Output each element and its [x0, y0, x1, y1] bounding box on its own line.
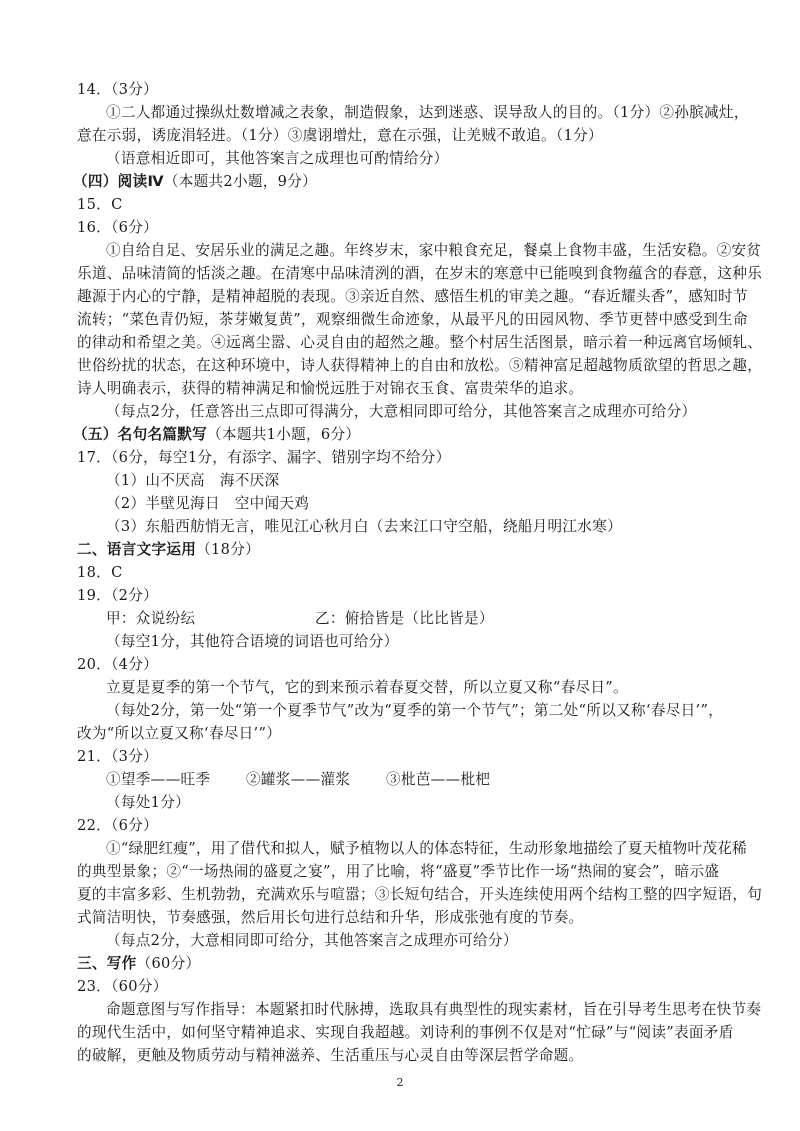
q16-answer-line: 流转；“菜色青仍短，茶芽嫩复黄”，观察细微生命迹象，从最平凡的田园风物、季节更替… [77, 308, 737, 331]
q17-item: （3）东船西舫悄无言，唯见江心秋月白（去来江口守空船，绕船月明江水寒） [77, 515, 737, 538]
q16-answer-line: ①自给自足、安居乐业的满足之趣。年终岁末，家中粮食充足，餐桌上食物丰盛，生活安稳… [77, 239, 737, 262]
q22-answer-line: 的典型景象；②“一场热闹的盛夏之宴”，用了比喻，将“盛夏”季节比作一场“热闹的宴… [77, 860, 737, 883]
section-heading-detail: （本题共2小题，9分） [164, 173, 317, 190]
q18-answer: 18．C [77, 561, 737, 584]
section-heading-bold: （四）阅读Ⅳ [73, 173, 164, 190]
q14-answer-line: 意在示弱，诱庞涓轻进。（1分）③虞诩增灶，意在示强，让羌贼不敢追。（1分） [77, 124, 737, 147]
part-heading-detail: （60分） [137, 955, 201, 972]
q19-scoring-note: （每空1分，其他符合语境的词语也可给分） [77, 630, 737, 653]
part-heading-writing: 三、写作（60分） [77, 952, 737, 975]
q21-answers: ①望季——旺季②罐浆——灌浆③枇芭——枇杷 [77, 768, 737, 791]
q17-header: 17．（6分，每空1分，有添字、漏字、错别字均不给分） [77, 446, 737, 469]
part-heading-bold: 三、写作 [77, 955, 137, 972]
q21-header: 21．（3分） [77, 745, 737, 768]
q14-scoring-note: （语意相近即可，其他答案言之成理也可酌情给分） [77, 147, 737, 170]
part-heading-language-use: 二、语言文字运用（18分） [77, 538, 737, 561]
q23-header: 23．（60分） [77, 975, 737, 998]
q15-answer: 15．C [77, 193, 737, 216]
q16-header: 16．（6分） [77, 216, 737, 239]
q22-scoring-note: （每点2分，大意相同即可给分，其他答案言之成理亦可给分） [77, 929, 737, 952]
q22-header: 22．（6分） [77, 814, 737, 837]
q21-scoring-note: （每处1分） [77, 791, 737, 814]
section-heading-bold: （五）名句名篇默写 [73, 426, 207, 443]
q16-answer-line: 诗人明确表示，获得的精神满足和愉悦远胜于对锦衣玉食、富贵荣华的追求。 [77, 377, 737, 400]
part-heading-bold: 二、语言文字运用 [77, 541, 196, 558]
q22-answer-line: ①“绿肥红瘦”，用了借代和拟人，赋予植物以人的体态特征，生动形象地描绘了夏天植物… [77, 837, 737, 860]
q19-answer-yi: 乙：俯拾皆是（比比皆是） [315, 607, 494, 630]
q20-header: 20．（4分） [77, 653, 737, 676]
section-heading-recitation: （五）名句名篇默写（本题共1小题，6分） [73, 423, 737, 446]
q16-answer-line: 乐道、品味清简的恬淡之趣。在清寒中品味清洌的酒，在岁末的寒意中已能嗅到食物蕴含的… [77, 262, 737, 285]
page-number: 2 [0, 1075, 800, 1091]
q20-scoring-note-cont: 改为“所以立夏又称‘春尽日’”） [77, 722, 737, 745]
q22-answer-line: 夏的丰富多彩、生机勃勃，充满欢乐与喧嚣；③长短句结合，开头连续使用两个结构工整的… [77, 883, 737, 906]
q23-guidance-line: 命题意图与写作指导：本题紧扣时代脉搏，选取具有典型性的现实素材，旨在引导考生思考… [77, 998, 737, 1021]
q16-answer-line: 趣源于内心的宁静，是精神超脱的表现。③亲近自然、感悟生机的审美之趣。“春近耀头香… [77, 285, 737, 308]
q19-header: 19．（2分） [77, 584, 737, 607]
q19-answers: 甲：众说纷纭乙：俯拾皆是（比比皆是） [77, 607, 737, 630]
q19-answer-jia: 甲：众说纷纭 [106, 607, 315, 630]
q16-answer-line: 世俗纷扰的状态，在这种环境中，诗人获得精神上的自由和放松。⑤精神富足超越物质欲望… [77, 354, 737, 377]
q17-item: （2）半壁见海日 空中闻天鸡 [77, 492, 737, 515]
q17-item: （1）山不厌高 海不厌深 [77, 469, 737, 492]
q14-answer-line: ①二人都通过操纵灶数增减之表象，制造假象，达到迷惑、误导敌人的目的。（1分）②孙… [77, 101, 737, 124]
q23-guidance-line: 的破解，更触及物质劳动与精神滋养、生活重压与心灵自由等深层哲学命题。 [77, 1044, 737, 1067]
q14-header: 14．（3分） [77, 78, 737, 101]
q21-item: ②罐浆——灌浆 [246, 768, 386, 791]
part-heading-detail: （18分） [196, 541, 260, 558]
q20-scoring-note: （每处2分，第一处“第一个夏季节气”改为“夏季的第一个节气”；第二处“所以又称‘… [77, 699, 737, 722]
q21-item: ③枇芭——枇杷 [386, 768, 490, 791]
q21-item: ①望季——旺季 [106, 768, 246, 791]
answer-key-content: 14．（3分） ①二人都通过操纵灶数增减之表象，制造假象，达到迷惑、误导敌人的目… [77, 78, 737, 1067]
q23-guidance-line: 的现代生活中，如何坚守精神追求、实现自我超越。刘诗利的事例不仅是对“忙碌”与“阅… [77, 1021, 737, 1044]
document-page: 14．（3分） ①二人都通过操纵灶数增减之表象，制造假象，达到迷惑、误导敌人的目… [0, 0, 800, 1131]
q22-answer-line: 式简洁明快，节奏感强，然后用长句进行总结和升华，形成张弛有度的节奏。 [77, 906, 737, 929]
section-heading-reading-4: （四）阅读Ⅳ（本题共2小题，9分） [73, 170, 737, 193]
q16-answer-line: 的律动和希望之美。④远离尘嚣、心灵自由的超然之趣。整个村居生活图景，暗示着一种远… [77, 331, 737, 354]
q20-answer: 立夏是夏季的第一个节气，它的到来预示着春夏交替，所以立夏又称“春尽日”。 [77, 676, 737, 699]
q16-scoring-note: （每点2分，任意答出三点即可得满分，大意相同即可给分，其他答案言之成理亦可给分） [77, 400, 737, 423]
section-heading-detail: （本题共1小题，6分） [207, 426, 360, 443]
